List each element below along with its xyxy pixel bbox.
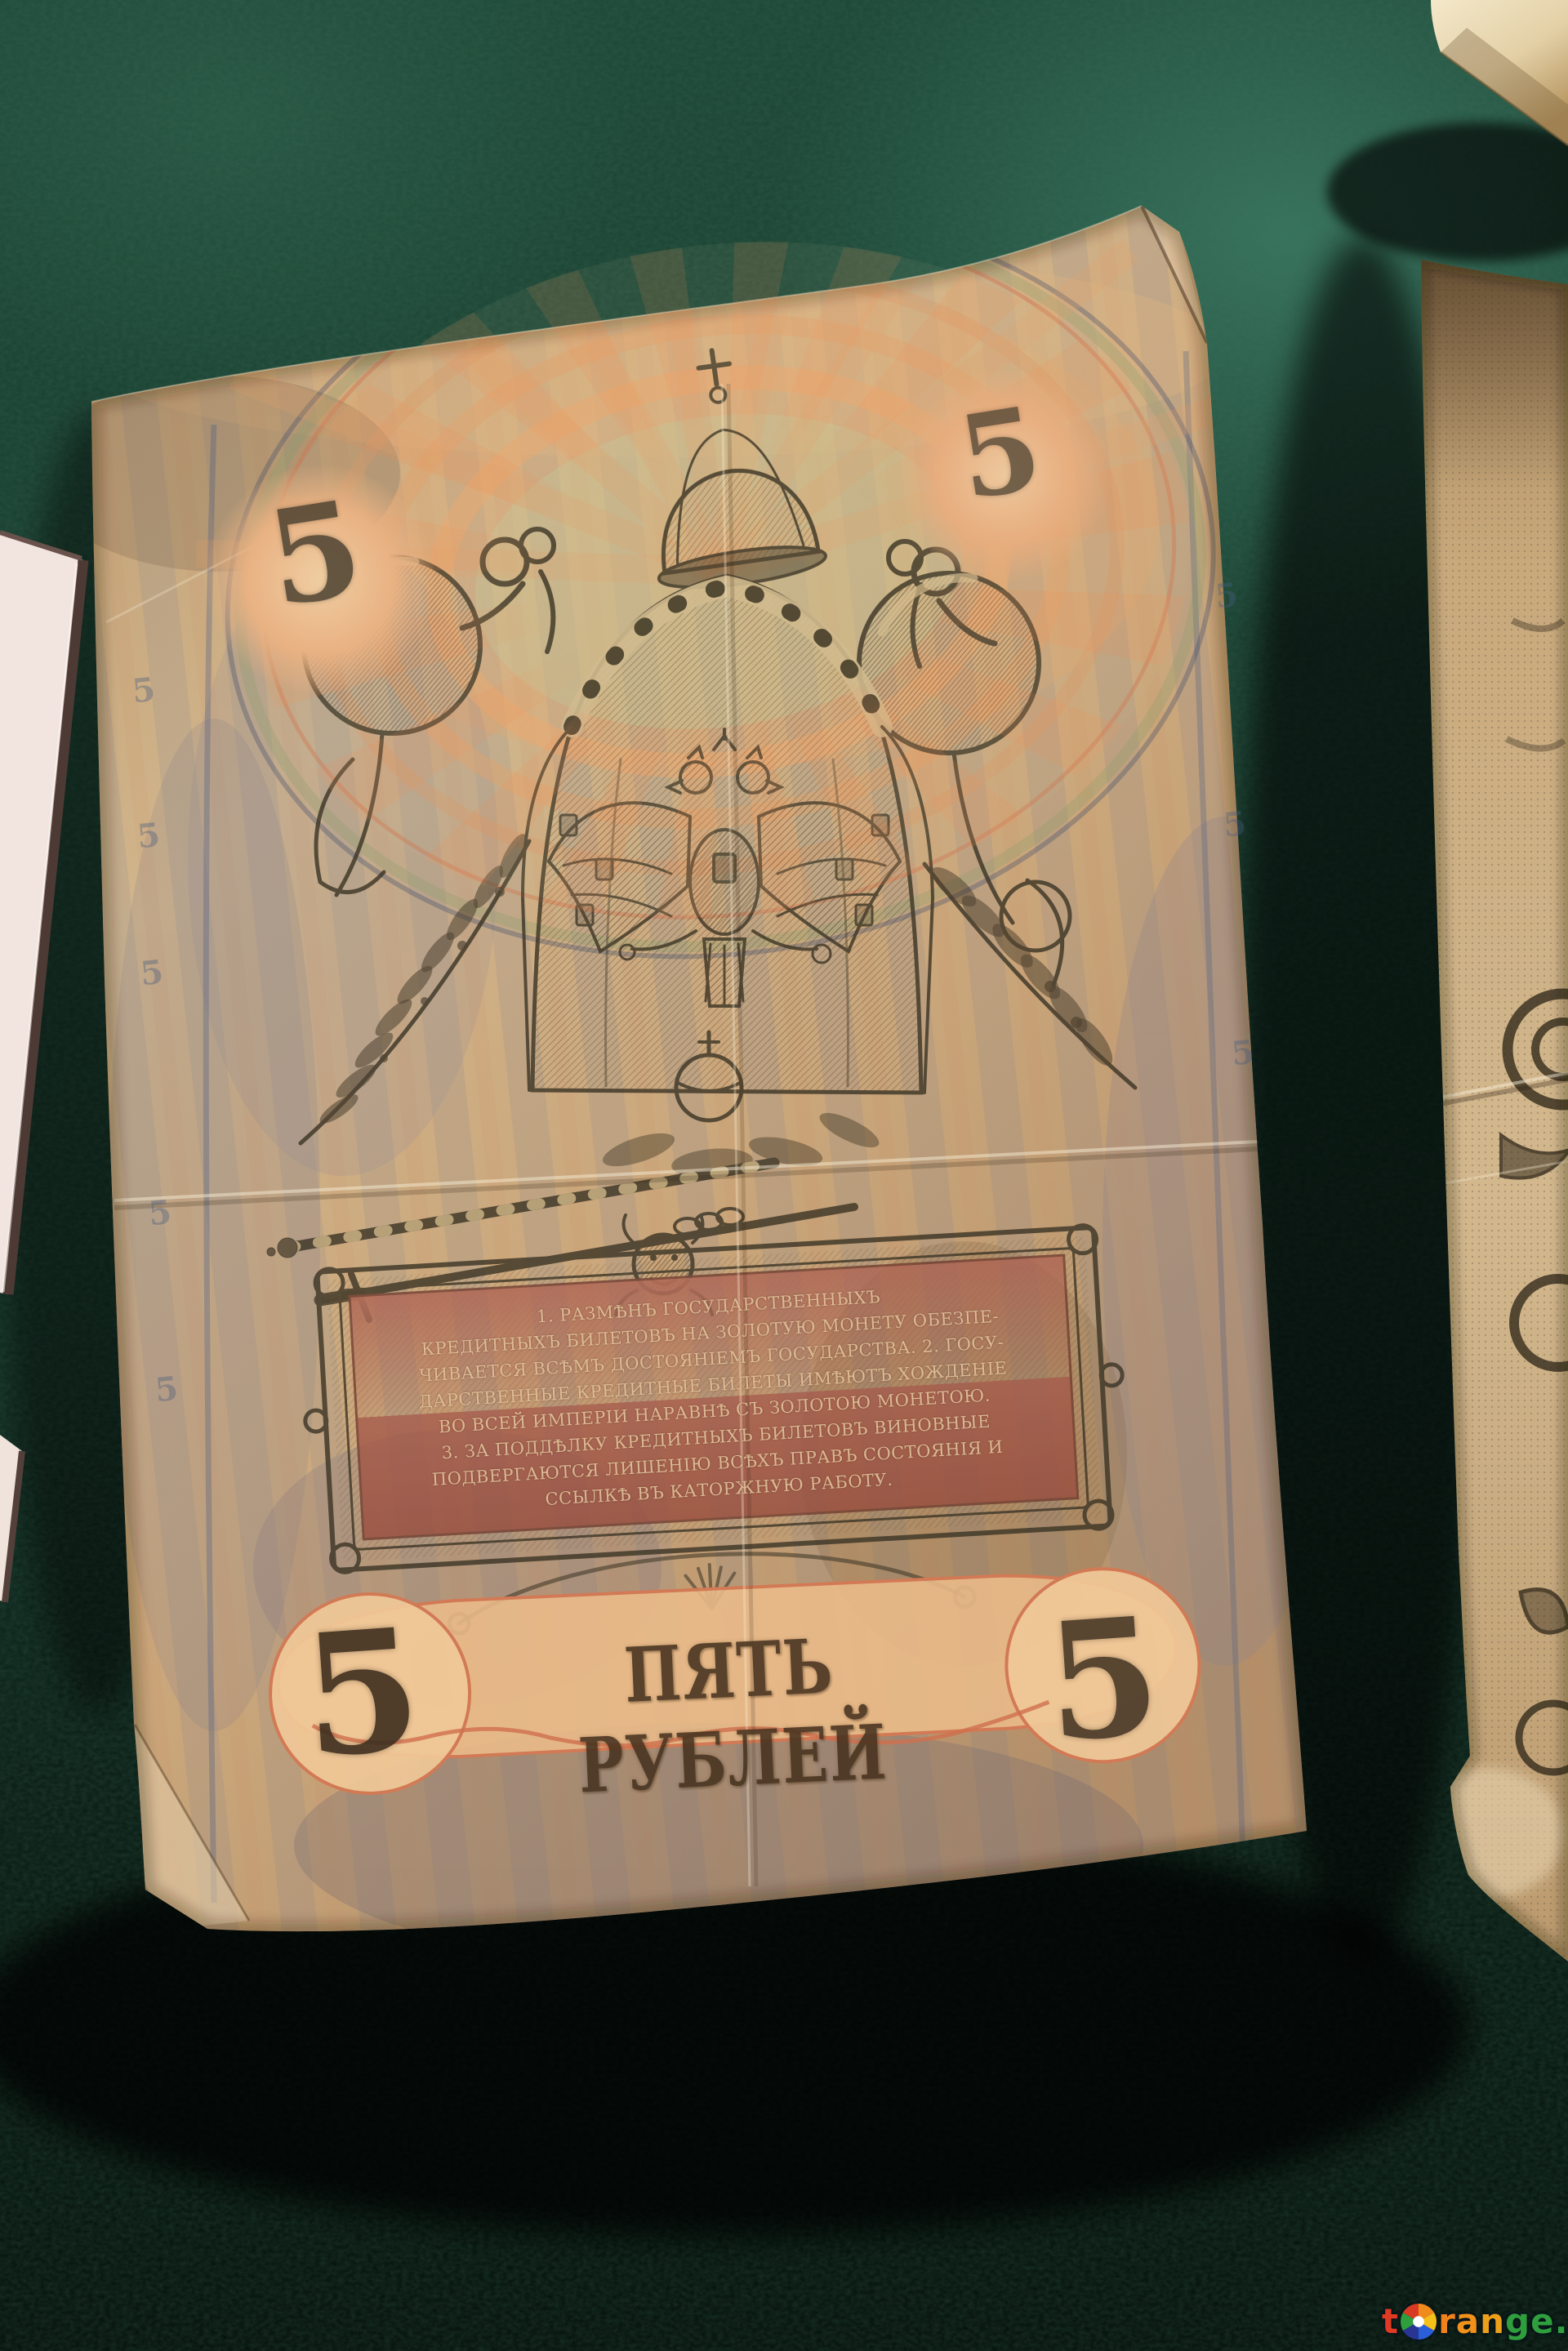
museum-display-photo: 5 5 5 5 5 5 5 5 5 5 5 5 1. РАЗМѢНЪ ГОСУД… xyxy=(0,0,1568,2351)
margin-numeral: 5 xyxy=(1214,576,1241,617)
watermark-letter: a xyxy=(1456,2301,1480,2341)
credit-note-clauses: 1. РАЗМѢНЪ ГОСУДАРСТВЕННЫХЪ КРЕДИТНЫХЪ Б… xyxy=(357,1273,1070,1522)
site-watermark: t r a n g e . b i z xyxy=(1382,2301,1568,2341)
color-wheel-icon xyxy=(1400,2303,1437,2340)
watermark-letter: . xyxy=(1555,2301,1568,2341)
margin-numeral: 5 xyxy=(147,1193,174,1234)
margin-numeral: 5 xyxy=(136,816,163,857)
watermark-letter: t xyxy=(1382,2301,1399,2341)
margin-numeral: 5 xyxy=(131,670,158,711)
watermark-letter: n xyxy=(1480,2301,1505,2341)
margin-numeral: 5 xyxy=(1222,804,1249,845)
watermark-letter: r xyxy=(1438,2301,1456,2341)
margin-numeral: 5 xyxy=(139,953,166,994)
margin-numeral: 5 xyxy=(1230,1033,1257,1074)
numeral-bottom-left: 5 xyxy=(298,1606,426,1781)
numeral-bottom-right: 5 xyxy=(1041,1595,1165,1764)
denomination-words: ПЯТЬ РУБЛЕЙ xyxy=(511,1617,950,1813)
margin-numeral: 5 xyxy=(154,1369,180,1410)
watermark-letter: e xyxy=(1530,2301,1555,2341)
watermark-letter: g xyxy=(1505,2301,1530,2341)
